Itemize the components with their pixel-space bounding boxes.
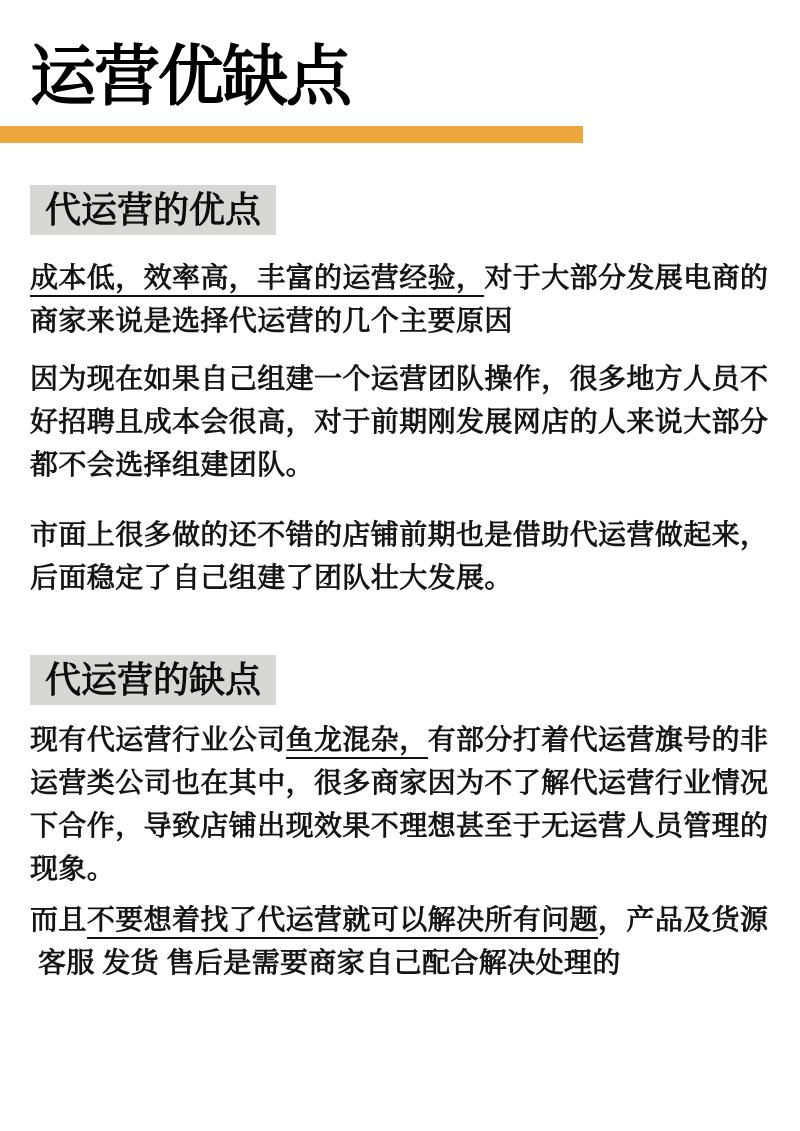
section-disadvantages: 代运营的缺点 现有代运营行业公司鱼龙混杂，有部分打着代运营旗号的非 运营类公司也… xyxy=(30,600,770,985)
page-title: 运营优缺点 xyxy=(30,0,770,116)
section-heading-advantages: 代运营的优点 xyxy=(30,185,276,235)
section-advantages: 代运营的优点 成本低，效率高，丰富的运营经验，对于大部分发展电商的 商家来说是选… xyxy=(30,143,770,600)
text-line: 市面上很多做的还不错的店铺前期也是借助代运营做起来， xyxy=(30,514,770,557)
emphasis-text: 不要想着找了代运营就可以解决所有问题 xyxy=(87,905,598,939)
text-line: 现象。 xyxy=(30,848,770,891)
text-line: 现有代运营行业公司鱼龙混杂，有部分打着代运营旗号的非 xyxy=(30,719,770,762)
emphasis-text: 鱼龙混杂， xyxy=(286,725,428,759)
paragraph-disadvantages-1: 现有代运营行业公司鱼龙混杂，有部分打着代运营旗号的非 运营类公司也在其中，很多商… xyxy=(30,719,770,891)
text-line: 后面稳定了自己组建了团队壮大发展。 xyxy=(30,557,770,600)
text-line: 商家来说是选择代运营的几个主要原因 xyxy=(30,300,770,343)
document-page: 运营优缺点 代运营的优点 成本低，效率高，丰富的运营经验，对于大部分发展电商的 … xyxy=(0,0,800,1131)
paragraph-disadvantages-2: 而且不要想着找了代运营就可以解决所有问题，产品及货源 客服 发货 售后是需要商家… xyxy=(30,899,770,985)
text-line: 下合作，导致店铺出现效果不理想甚至于无运营人员管理的 xyxy=(30,805,770,848)
body-text: 对于大部分发展电商的 xyxy=(484,263,768,294)
body-text: 而且 xyxy=(30,905,87,936)
emphasis-text: 成本低，效率高，丰富的运营经验， xyxy=(30,263,484,297)
body-text: 现有代运营行业公司 xyxy=(30,725,286,756)
text-line: 成本低，效率高，丰富的运营经验，对于大部分发展电商的 xyxy=(30,257,770,300)
paragraph-advantages-1: 成本低，效率高，丰富的运营经验，对于大部分发展电商的 商家来说是选择代运营的几个… xyxy=(30,257,770,343)
body-text: ，产品及货源 xyxy=(598,905,768,936)
text-line: 客服 发货 售后是需要商家自己配合解决处理的 xyxy=(30,942,770,985)
paragraph-advantages-3: 市面上很多做的还不错的店铺前期也是借助代运营做起来， 后面稳定了自己组建了团队壮… xyxy=(30,514,770,600)
text-line: 好招聘且成本会很高，对于前期刚发展网店的人来说大部分 xyxy=(30,401,770,444)
text-line: 因为现在如果自己组建一个运营团队操作，很多地方人员不 xyxy=(30,358,770,401)
text-line: 运营类公司也在其中，很多商家因为不了解代运营行业情况 xyxy=(30,762,770,805)
text-line: 都不会选择组建团队。 xyxy=(30,444,770,487)
body-text: 有部分打着代运营旗号的非 xyxy=(428,725,769,756)
title-accent-bar xyxy=(0,126,583,143)
paragraph-advantages-2: 因为现在如果自己组建一个运营团队操作，很多地方人员不 好招聘且成本会很高，对于前… xyxy=(30,358,770,487)
section-heading-disadvantages: 代运营的缺点 xyxy=(30,655,276,705)
text-line: 而且不要想着找了代运营就可以解决所有问题，产品及货源 xyxy=(30,899,770,942)
